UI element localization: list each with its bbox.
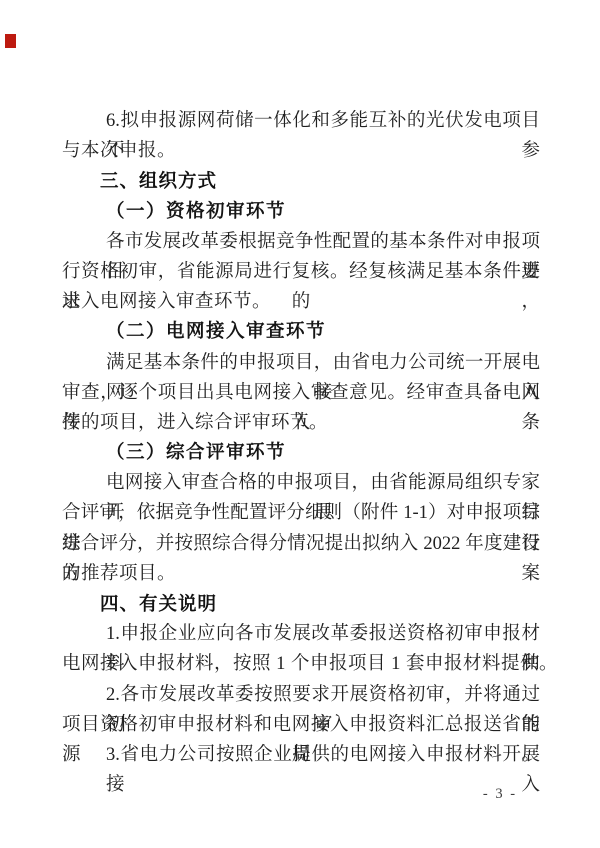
paragraph-line: 6.拟申报源网荷储一体化和多能互补的光伏发电项目不参 — [62, 106, 540, 136]
paragraph-line: 行资格初审，省能源局进行复核。经复核满足基本条件要求的， — [62, 257, 540, 287]
subsection-heading: （三）综合评审环节 — [62, 438, 540, 468]
paragraph-line: 合评审，依据竞争性配置评分细则（附件 1-1）对申报项目进行 — [62, 498, 540, 528]
page-number: - 3 - — [455, 786, 545, 803]
section-heading: 三、组织方式 — [62, 166, 540, 196]
paragraph-line: 项目资格初审申报材料和电网接入申报资料汇总报送省能源局。 — [62, 710, 540, 740]
paragraph-line: 电网接入申报材料，按照 1 个申报项目 1 套申报材料提供。 — [62, 649, 540, 679]
paragraph-line: 电网接入审查合格的申报项目，由省能源局组织专家开展综 — [62, 468, 540, 498]
subsection-heading: （一）资格初审环节 — [62, 197, 540, 227]
section-heading: 四、有关说明 — [62, 589, 540, 619]
paragraph-line: 综合评分，并按照综合得分情况提出拟纳入 2022 年度建设方案 — [62, 529, 540, 559]
document-body: 6.拟申报源网荷储一体化和多能互补的光伏发电项目不参与本次申报。三、组织方式（一… — [62, 106, 540, 770]
paragraph-line: 3.省电力公司按照企业提供的电网接入申报材料开展接入 — [62, 740, 540, 770]
paragraph-line: 2.各市发展改革委按照要求开展资格初审，并将通过初审的 — [62, 680, 540, 710]
paragraph-line: 审查，逐个项目出具电网接入审查意见。经审查具备电网接入条 — [62, 378, 540, 408]
red-corner-marker — [5, 34, 16, 48]
paragraph-line: 1.申报企业应向各市发展改革委报送资格初审申报材料和 — [62, 619, 540, 649]
paragraph-line: 各市发展改革委根据竞争性配置的基本条件对申报项目进 — [62, 227, 540, 257]
document-page: 6.拟申报源网荷储一体化和多能互补的光伏发电项目不参与本次申报。三、组织方式（一… — [0, 0, 600, 848]
paragraph-line: 满足基本条件的申报项目，由省电力公司统一开展电网接入 — [62, 348, 540, 378]
subsection-heading: （二）电网接入审查环节 — [62, 317, 540, 347]
